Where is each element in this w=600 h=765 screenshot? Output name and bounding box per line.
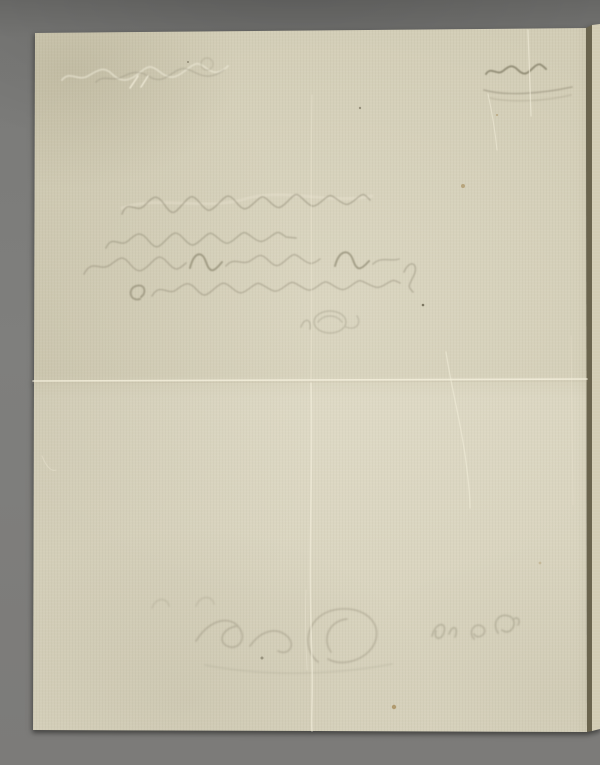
photo-backdrop bbox=[0, 0, 600, 765]
manuscript-page-verso bbox=[0, 0, 600, 765]
sheet-with-shadow bbox=[0, 0, 600, 765]
